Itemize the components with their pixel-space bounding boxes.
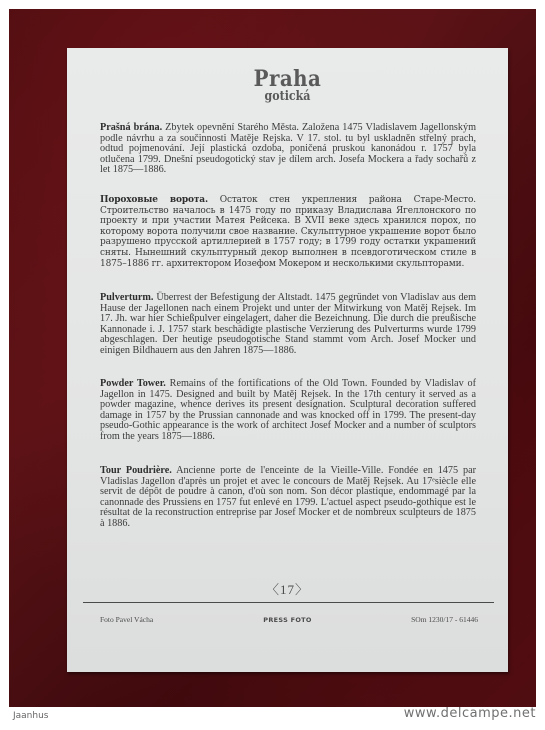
section-heading: Пороховые ворота. (100, 195, 208, 205)
postcard-title-block: Praha gotická (67, 67, 508, 104)
seller-watermark: Jaanhus (13, 711, 49, 721)
section-text: Überrest der Befestigung der Altstadt. 1… (100, 292, 476, 356)
section-heading: Pulverturm. (100, 292, 153, 303)
postcard-subtitle: gotická (100, 90, 475, 104)
section-english: Powder Tower. Remains of the fortificati… (100, 379, 476, 443)
postcard-title: Praha (89, 67, 486, 91)
section-french: Tour Poudrière. Ancienne porte de l'ence… (100, 466, 476, 530)
postcard: Praha gotická Prašná brána. Zbytek opevn… (67, 48, 508, 672)
site-watermark: www.delcampe.net (404, 706, 536, 721)
publisher-logo-text: PRESS FOTO (263, 616, 311, 624)
catalog-code: SOm 1230/17 - 61446 (411, 615, 478, 624)
page-number: 〈17〉 (67, 579, 508, 598)
section-russian: Пороховые ворота. Остаток стен укреплени… (100, 195, 476, 269)
footer-divider (83, 602, 494, 603)
section-german: Pulverturm. Überrest der Befestigung der… (100, 293, 476, 357)
section-heading: Tour Poudrière. (100, 465, 172, 476)
section-text: Остаток стен укрепления района Старе-Мес… (100, 195, 476, 269)
section-heading: Prašná brána. (100, 122, 162, 133)
section-heading: Powder Tower. (100, 378, 166, 389)
section-czech: Prašná brána. Zbytek opevnění Starého Mě… (100, 123, 476, 176)
